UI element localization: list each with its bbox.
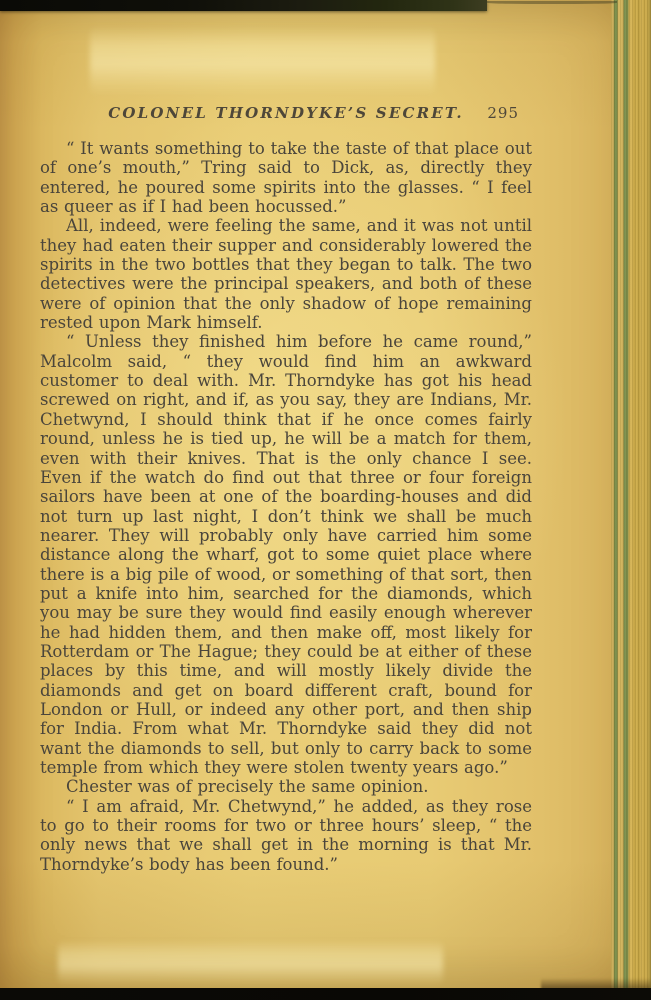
running-head: COLONEL THORNDYKE’S SECRET. 295 xyxy=(40,104,532,124)
paragraph-1: “ It wants something to take the taste o… xyxy=(40,139,532,216)
scanned-book-page: COLONEL THORNDYKE’S SECRET. 295 “ It wan… xyxy=(0,0,651,1000)
scan-light-streak-top xyxy=(90,26,435,96)
paragraph-4: Chester was of precisely the same opinio… xyxy=(40,777,532,796)
page-content: COLONEL THORNDYKE’S SECRET. 295 “ It wan… xyxy=(40,104,532,874)
fore-edge-page-stack xyxy=(611,0,651,992)
top-page-edge-line xyxy=(487,1,617,4)
paragraph-3: “ Unless they finished him before he cam… xyxy=(40,332,532,777)
page-number: 295 xyxy=(487,104,519,122)
scanner-bed-bottom-bar xyxy=(0,988,651,1000)
paragraph-2: All, indeed, were feeling the same, and … xyxy=(40,216,532,332)
body-text: “ It wants something to take the taste o… xyxy=(40,139,532,874)
scanner-bed-top-bar xyxy=(0,0,487,11)
scan-light-streak-bottom xyxy=(58,940,443,986)
paragraph-5: “ I am afraid, Mr. Chetwynd,” he added, … xyxy=(40,797,532,874)
running-title: COLONEL THORNDYKE’S SECRET. xyxy=(40,104,532,122)
